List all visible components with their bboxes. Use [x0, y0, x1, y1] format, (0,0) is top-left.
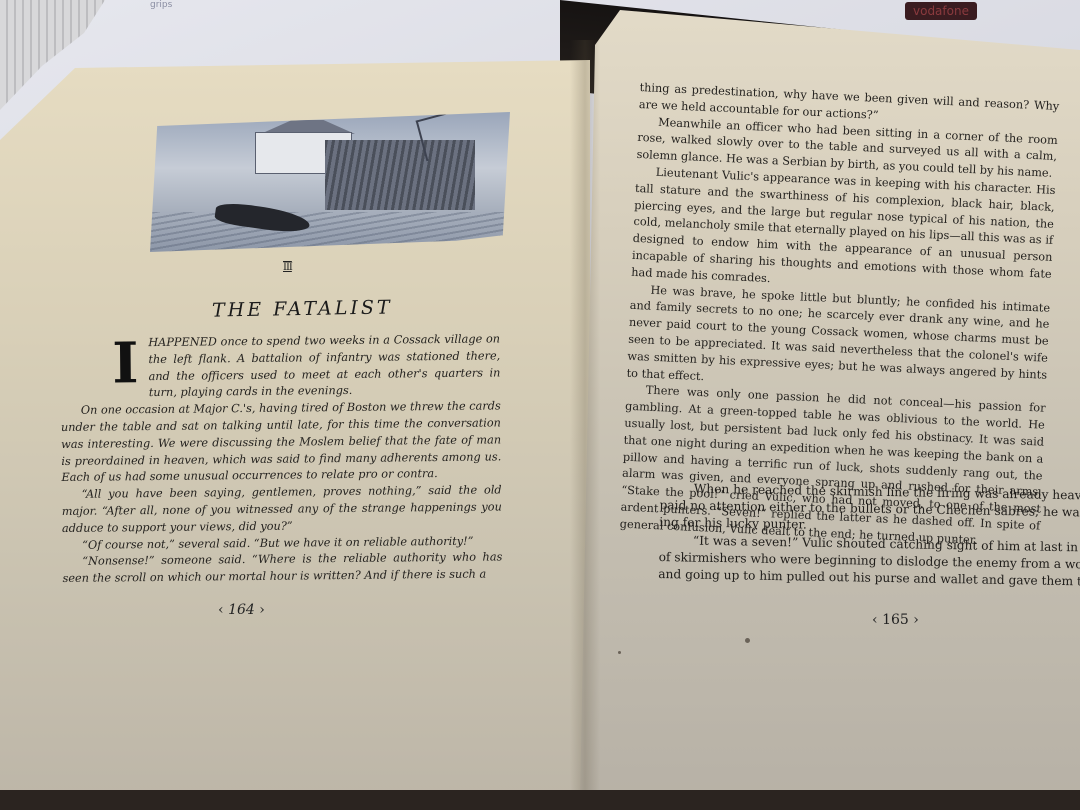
bracket-close: ›	[913, 612, 919, 628]
page-number-value: 164	[228, 602, 255, 618]
paragraph: IHAPPENED once to spend two weeks in a C…	[60, 331, 501, 403]
drop-cap: I	[112, 339, 139, 387]
chapter-number: III	[283, 262, 292, 273]
paper-note: grips	[150, 0, 172, 10]
page-number-value: 165	[882, 612, 909, 628]
chapter-title: THE FATALIST	[212, 296, 393, 321]
paragraph-text: HAPPENED once to spend two weeks in a Co…	[148, 332, 500, 399]
paper-speck	[618, 651, 621, 654]
paragraph: He was brave, he spoke little but bluntl…	[626, 281, 1050, 401]
bracket-open: ‹	[218, 602, 224, 618]
bracket-close: ›	[259, 602, 265, 618]
chapter-illustration	[150, 112, 510, 252]
paper-speck	[745, 638, 750, 643]
right-page-lower-text: When he reached the skirmish line the fi…	[658, 480, 1080, 591]
left-page-text: IHAPPENED once to spend two weeks in a C…	[60, 331, 503, 588]
paragraph: On one occasion at Major C.'s, having ti…	[61, 399, 502, 488]
table-edge	[0, 790, 1080, 810]
bracket-open: ‹	[872, 612, 878, 628]
page-number-left: ‹ 164 ›	[218, 602, 265, 618]
paragraph: “Nonsense!” someone said. “Where is the …	[62, 550, 502, 588]
phone-brand-label: vodafone	[905, 2, 977, 20]
page-number-right: ‹ 165 ›	[872, 612, 919, 628]
paragraph: Lieutenant Vulic's appearance was in kee…	[631, 164, 1056, 301]
paragraph: “All you have been saying, gentlemen, pr…	[62, 483, 503, 538]
book-gutter	[570, 40, 600, 800]
